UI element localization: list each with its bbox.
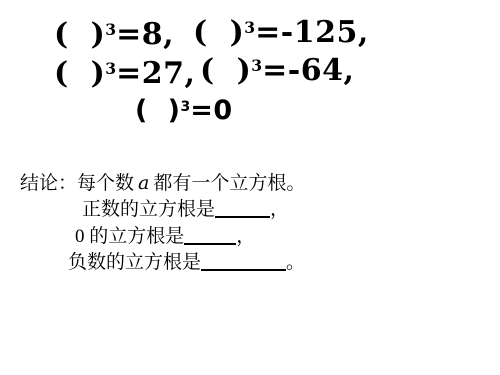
- exponent-3: 3: [105, 59, 116, 78]
- equation-rhs: =27,: [116, 56, 195, 91]
- equation-cube-equals-neg125: ( )3=-125,: [193, 16, 369, 49]
- equation-rhs: =-125,: [255, 15, 369, 50]
- statement-text: 负数的立方根是: [68, 252, 201, 273]
- conclusion-line-zero: 0 的立方根是，: [75, 226, 255, 249]
- equation-cube-equals-27: ( )3=27,: [54, 57, 195, 90]
- paren-blank: ( ): [193, 15, 244, 50]
- paren-blank: ( ): [54, 17, 105, 52]
- equation-rhs: =0: [190, 95, 232, 126]
- conclusion-label: 结论：: [20, 173, 77, 194]
- equation-cube-equals-neg64: ( )3=-64,: [200, 54, 354, 87]
- exponent-3: 3: [251, 56, 262, 75]
- statement-text: 正数的立方根是: [82, 199, 215, 220]
- paren-blank: ( ): [200, 53, 251, 88]
- equation-cube-equals-8: ( )3=8,: [54, 18, 174, 51]
- punctuation: 。: [286, 252, 305, 273]
- underline-blank-positive: [215, 212, 270, 218]
- paren-blank: ( ): [54, 56, 105, 91]
- conclusion-text-pre: 每个数: [77, 173, 134, 194]
- punctuation: ，: [270, 199, 289, 220]
- conclusion-line-positive: 正数的立方根是，: [82, 199, 289, 222]
- underline-blank-zero: [184, 239, 236, 245]
- punctuation: ，: [236, 226, 255, 247]
- equation-rhs: =8,: [116, 17, 174, 52]
- exponent-3: 3: [180, 99, 190, 115]
- statement-text: 0 的立方根是: [75, 226, 184, 247]
- variable-a: a: [134, 172, 153, 194]
- exponent-3: 3: [244, 18, 255, 37]
- slide: ( )3=8, ( )3=-125, ( )3=27, ( )3=-64, ( …: [0, 0, 500, 375]
- conclusion-line-negative: 负数的立方根是。: [68, 252, 305, 275]
- conclusion-text-post: 都有一个立方根。: [153, 173, 305, 194]
- underline-blank-negative: [201, 265, 286, 271]
- conclusion-line-1: 结论：每个数a都有一个立方根。: [20, 172, 305, 196]
- exponent-3: 3: [105, 20, 116, 39]
- paren-blank: ( ): [135, 95, 180, 126]
- equation-rhs: =-64,: [262, 53, 354, 88]
- equation-cube-equals-0: ( )3=0: [135, 96, 233, 126]
